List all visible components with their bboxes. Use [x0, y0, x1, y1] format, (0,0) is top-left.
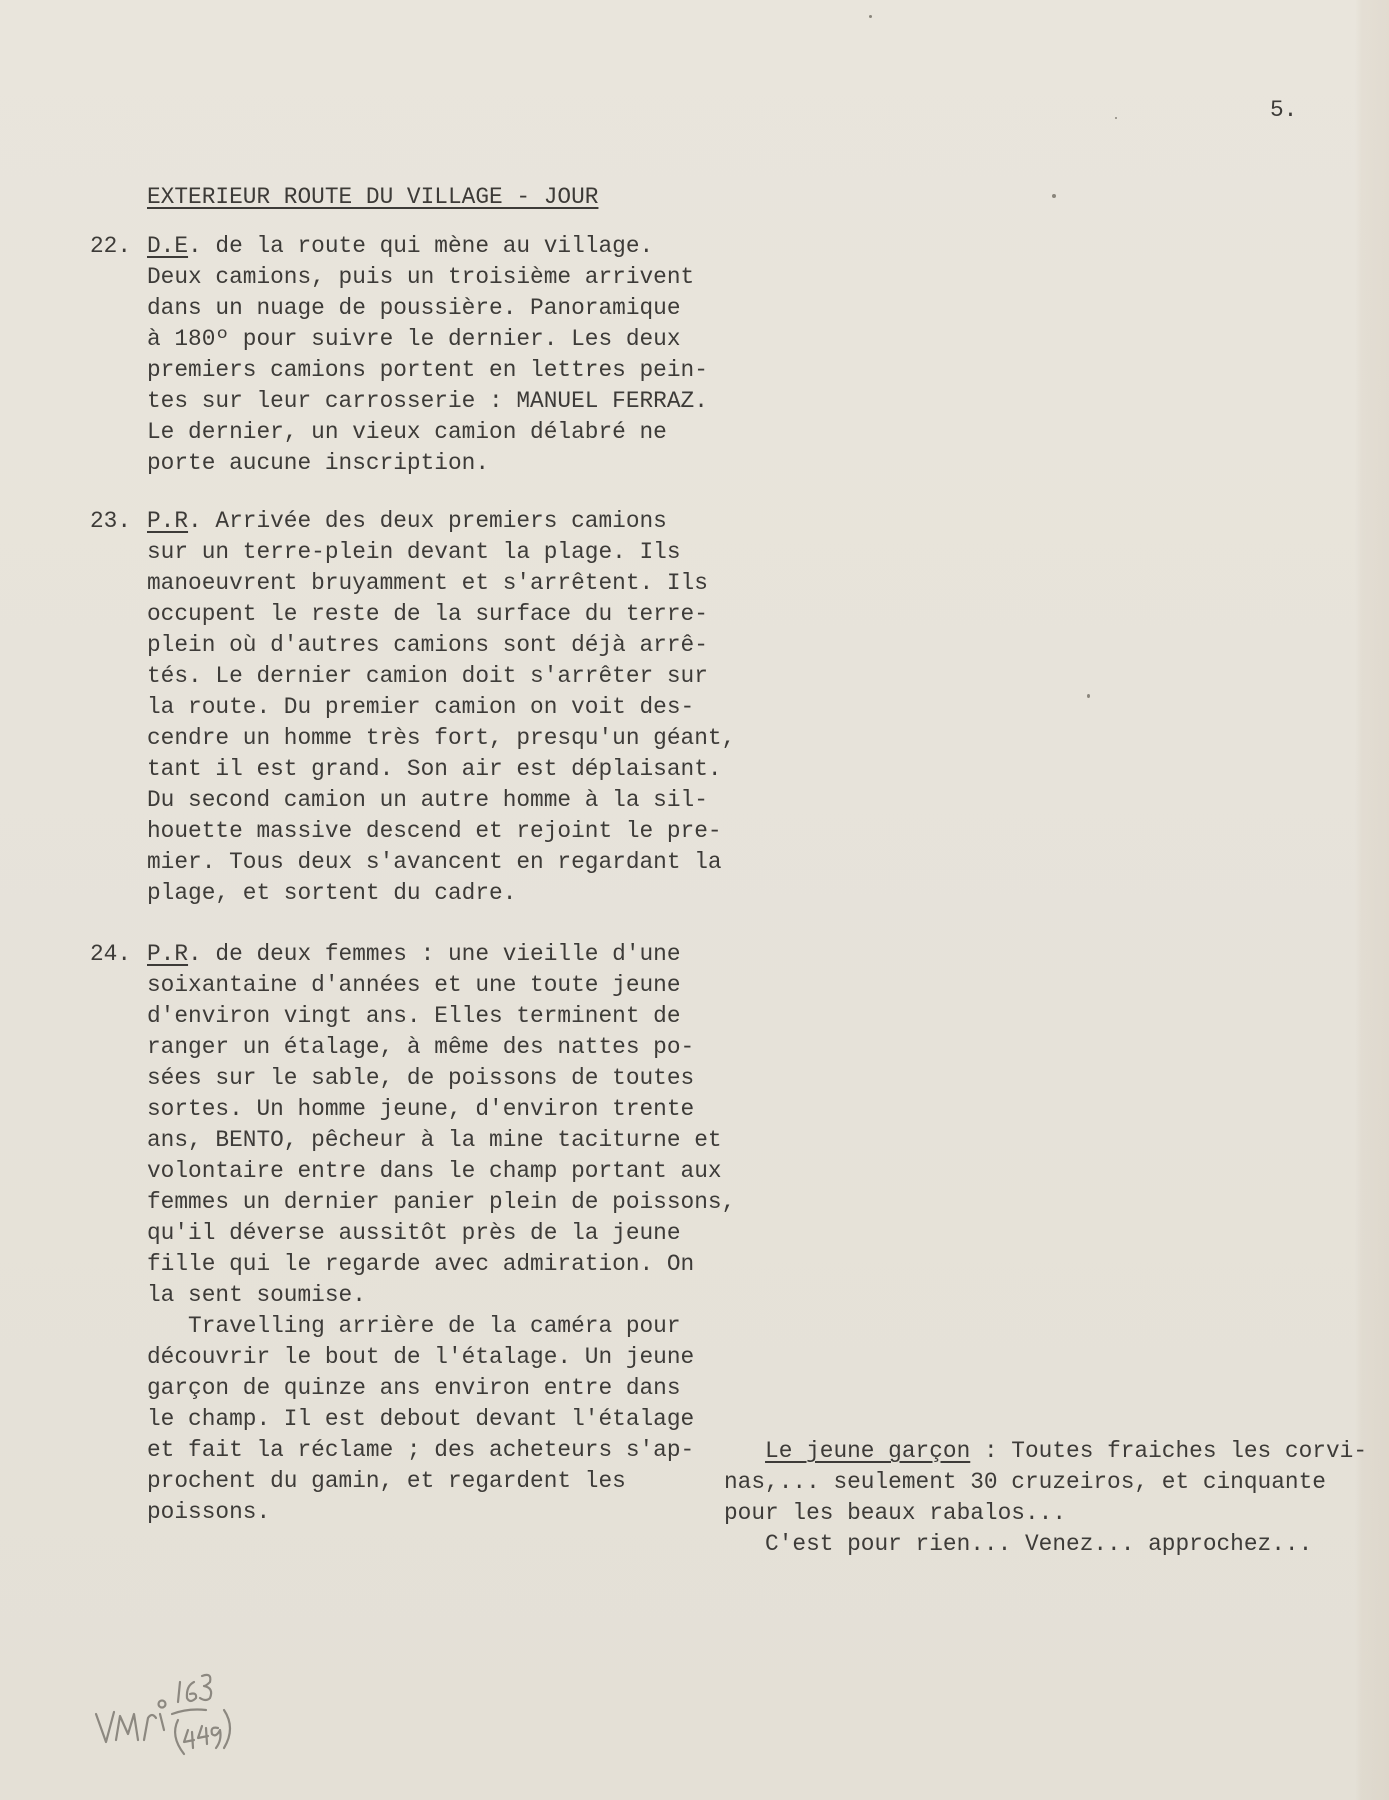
- shot-line: Le dernier, un vieux camion délabré ne: [147, 417, 708, 448]
- shot-line: qu'il déverse aussitôt près de la jeune: [147, 1218, 735, 1249]
- dialogue-line: C'est pour rien... Venez... approchez...: [724, 1529, 1367, 1560]
- shot-line: garçon de quinze ans environ entre dans: [147, 1373, 735, 1404]
- shot-type: P.R: [147, 508, 188, 534]
- shot-line: volontaire entre dans le champ portant a…: [147, 1156, 735, 1187]
- shot-line: prochent du gamin, et regardent les: [147, 1466, 735, 1497]
- shot-type: D.E: [147, 233, 188, 259]
- shot-line: plein où d'autres camions sont déjà arrê…: [147, 630, 735, 661]
- dialogue-block: Le jeune garçon : Toutes fraiches les co…: [724, 1436, 1367, 1560]
- dialogue-line: nas,... seulement 30 cruzeiros, et cinqu…: [724, 1467, 1367, 1498]
- shot-number: 23.: [90, 506, 131, 537]
- shot-line: P.R. de deux femmes : une vieille d'une: [147, 939, 735, 970]
- shot-number: 22.: [90, 231, 131, 262]
- shot-line: Deux camions, puis un troisième arrivent: [147, 262, 708, 293]
- shot-line: d'environ vingt ans. Elles terminent de: [147, 1001, 735, 1032]
- shot-line: Travelling arrière de la caméra pour: [147, 1311, 735, 1342]
- paper-speck: [1087, 694, 1090, 698]
- shot-line: P.R. Arrivée des deux premiers camions: [147, 506, 735, 537]
- shot-line: premiers camions portent en lettres pein…: [147, 355, 708, 386]
- shot-line: et fait la réclame ; des acheteurs s'ap-: [147, 1435, 735, 1466]
- shot-line: tes sur leur carrosserie : MANUEL FERRAZ…: [147, 386, 708, 417]
- shot-line: occupent le reste de la surface du terre…: [147, 599, 735, 630]
- shot-line: Du second camion un autre homme à la sil…: [147, 785, 735, 816]
- shot-line: sées sur le sable, de poissons de toutes: [147, 1063, 735, 1094]
- paper-speck: [1052, 194, 1056, 198]
- shot-line: sortes. Un homme jeune, d'environ trente: [147, 1094, 735, 1125]
- shot-line: la sent soumise.: [147, 1280, 735, 1311]
- shot-line: mier. Tous deux s'avancent en regardant …: [147, 847, 735, 878]
- shot-23-text: P.R. Arrivée des deux premiers camions s…: [147, 506, 735, 909]
- handwritten-archive-note: [92, 1668, 262, 1758]
- shot-line: plage, et sortent du cadre.: [147, 878, 735, 909]
- shot-line: tant il est grand. Son air est déplaisan…: [147, 754, 735, 785]
- shot-line: houette massive descend et rejoint le pr…: [147, 816, 735, 847]
- shot-line: découvrir le bout de l'étalage. Un jeune: [147, 1342, 735, 1373]
- shot-line: le champ. Il est debout devant l'étalage: [147, 1404, 735, 1435]
- paper-speck: [869, 15, 872, 18]
- paper-speck: [1115, 117, 1117, 119]
- shot-line: à 180º pour suivre le dernier. Les deux: [147, 324, 708, 355]
- shot-line: sur un terre-plein devant la plage. Ils: [147, 537, 735, 568]
- dialogue-line: Le jeune garçon : Toutes fraiches les co…: [724, 1436, 1367, 1467]
- shot-line: dans un nuage de poussière. Panoramique: [147, 293, 708, 324]
- shot-line: porte aucune inscription.: [147, 448, 708, 479]
- shot-22-text: D.E. de la route qui mène au village. De…: [147, 231, 708, 479]
- shot-number: 24.: [90, 939, 131, 970]
- shot-line: soixantaine d'années et une toute jeune: [147, 970, 735, 1001]
- shot-line: cendre un homme très fort, presqu'un géa…: [147, 723, 735, 754]
- shot-line: fille qui le regarde avec admiration. On: [147, 1249, 735, 1280]
- shot-line: femmes un dernier panier plein de poisso…: [147, 1187, 735, 1218]
- shot-type: P.R: [147, 941, 188, 967]
- shot-line: manoeuvrent bruyamment et s'arrêtent. Il…: [147, 568, 735, 599]
- shot-24-text: P.R. de deux femmes : une vieille d'une …: [147, 939, 735, 1528]
- shot-line: ranger un étalage, à même des nattes po-: [147, 1032, 735, 1063]
- shot-line: D.E. de la route qui mène au village.: [147, 231, 708, 262]
- shot-line: ans, BENTO, pêcheur à la mine taciturne …: [147, 1125, 735, 1156]
- dialogue-line: pour les beaux rabalos...: [724, 1498, 1367, 1529]
- page-number: 5.: [1270, 95, 1297, 126]
- shot-line: tés. Le dernier camion doit s'arrêter su…: [147, 661, 735, 692]
- shot-line: la route. Du premier camion on voit des-: [147, 692, 735, 723]
- speaker-name: Le jeune garçon: [765, 1438, 970, 1464]
- scene-heading: EXTERIEUR ROUTE DU VILLAGE - JOUR: [147, 182, 598, 213]
- shot-line: poissons.: [147, 1497, 735, 1528]
